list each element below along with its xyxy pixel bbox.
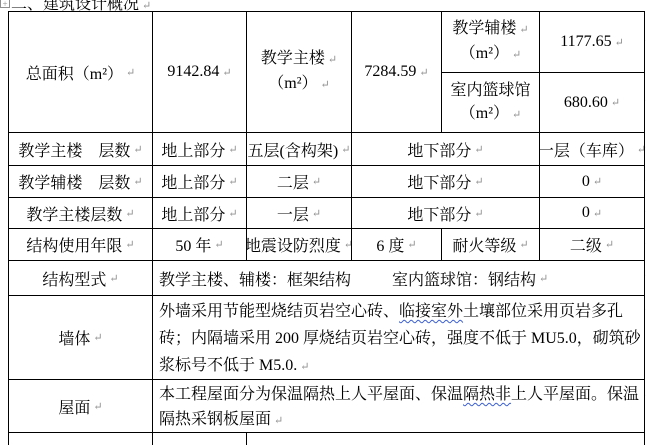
- end-of-cell-mark: ↵: [474, 207, 483, 220]
- structure-type-gym: 室内篮球馆：钢结构: [392, 267, 536, 290]
- below-ground-value: 一层（车库）: [540, 138, 634, 161]
- end-of-cell-mark: ↵: [93, 400, 102, 413]
- wall-text-line1: 外墙采用节能型烧结页岩空心砖、临接室外土壤部位采用页岩多孔: [159, 298, 641, 325]
- end-of-cell-mark: ↵: [222, 66, 231, 79]
- fire-rating-value: 二级: [570, 233, 602, 256]
- main-floors-label-cell[interactable]: 教学主楼 层数↵: [9, 133, 153, 166]
- gym-floors-above-label-cell[interactable]: 地上部分↵: [153, 198, 247, 229]
- below-ground-value: 0: [582, 204, 590, 222]
- aux-floors-above-value-cell[interactable]: 二层↵: [247, 166, 352, 198]
- end-of-cell-mark: ↵: [228, 207, 237, 220]
- below-ground-value: 0: [582, 173, 590, 191]
- gym-area-unit: （m²）: [460, 105, 509, 122]
- main-floors-above-value-cell[interactable]: 五层(含构架)↵: [247, 133, 352, 166]
- end-of-cell-mark: ↵: [300, 361, 309, 373]
- end-of-cell-mark: ↵: [474, 175, 483, 188]
- gym-area-label: 室内篮球馆: [450, 82, 530, 99]
- above-ground-label: 地上部分: [161, 170, 225, 193]
- gym-floors-below-value-cell[interactable]: 0↵: [540, 198, 645, 229]
- table-move-handle-icon[interactable]: +: [0, 0, 10, 8]
- end-of-cell-mark: ↵: [228, 143, 237, 156]
- end-of-cell-mark: ↵: [274, 415, 283, 427]
- main-building-area-unit: （m²）: [268, 75, 317, 92]
- end-of-cell-mark: ↵: [611, 96, 620, 109]
- end-of-cell-mark: ↵: [341, 143, 350, 156]
- main-building-area-label-cell[interactable]: 教学主楼↵ （m²）↵: [247, 12, 352, 133]
- aux-floors-label-cell[interactable]: 教学辅楼 层数↵: [9, 166, 153, 198]
- main-floors-below-value-cell[interactable]: 一层（车库）↵: [540, 133, 645, 166]
- seismic-value-cell[interactable]: 6 度↵: [352, 229, 442, 261]
- building-design-table: 总面积（m²）↵ 9142.84↵ 教学主楼↵ （m²）↵ 7284.59↵ 教…: [8, 11, 645, 445]
- seismic-value: 6 度: [376, 233, 404, 256]
- seismic-label: 地震设防烈度: [247, 233, 341, 256]
- end-of-cell-mark: ↵: [133, 143, 142, 156]
- end-of-cell-mark: ↵: [93, 331, 102, 344]
- structure-type-main: 教学主楼、辅楼：框架结构: [159, 267, 351, 290]
- end-of-cell-mark: ↵: [312, 207, 321, 220]
- main-building-area-value: 7284.59: [364, 63, 416, 81]
- roof-text-line2: 隔热采钢板屋面↵: [159, 407, 639, 433]
- gym-area-value: 680.60: [564, 94, 608, 112]
- end-of-cell-mark: ↵: [593, 207, 602, 220]
- end-of-cell-mark: ↵: [605, 238, 614, 251]
- above-ground-value: 五层(含构架): [248, 138, 339, 161]
- wall-label: 墙体: [58, 326, 90, 349]
- wall-text-cell[interactable]: 外墙采用节能型烧结页岩空心砖、临接室外土壤部位采用页岩多孔 砖；内隔墙采用 20…: [153, 296, 645, 380]
- total-area-value: 9142.84: [167, 63, 219, 81]
- end-of-cell-mark: ↵: [519, 238, 528, 251]
- structure-type-value-cell[interactable]: 教学主楼、辅楼：框架结构室内篮球馆：钢结构↵: [153, 261, 645, 296]
- structure-type-label-cell[interactable]: 结构型式↵: [9, 261, 153, 296]
- end-of-cell-mark: ↵: [344, 238, 352, 251]
- seismic-label-cell[interactable]: 地震设防烈度↵: [247, 229, 352, 261]
- roof-label: 屋面: [58, 395, 90, 418]
- end-of-cell-mark: ↵: [615, 36, 624, 49]
- aux-building-area-unit: （m²）: [460, 45, 509, 62]
- end-of-cell-mark: ↵: [125, 238, 134, 251]
- end-of-cell-mark: ↵: [512, 49, 521, 61]
- end-of-cell-mark: ↵: [228, 175, 237, 188]
- end-of-cell-mark: ↵: [419, 66, 428, 79]
- gym-area-label-cell[interactable]: 室内篮球馆 （m²）↵: [442, 73, 540, 133]
- aux-floors-below-label-cell[interactable]: 地下部分↵: [352, 166, 540, 198]
- service-life-label-cell[interactable]: 结构使用年限↵: [9, 229, 153, 261]
- total-area-label-cell[interactable]: 总面积（m²）↵: [9, 12, 153, 133]
- end-of-cell-mark: ↵: [321, 79, 330, 91]
- service-life-value-cell[interactable]: 50 年↵: [153, 229, 247, 261]
- end-of-cell-mark: ↵: [133, 175, 142, 188]
- wall-label-cell[interactable]: 墙体↵: [9, 296, 153, 380]
- aux-floors-label: 教学辅楼 层数: [18, 170, 130, 193]
- end-of-cell-mark: ↵: [474, 143, 483, 156]
- aux-building-area-label-cell[interactable]: 教学辅楼↵ （m²）↵: [442, 12, 540, 73]
- aux-building-area-value: 1177.65: [560, 33, 611, 51]
- next-row-cell-3[interactable]: [247, 433, 645, 445]
- aux-building-area-value-cell[interactable]: 1177.65↵: [540, 12, 645, 73]
- fire-rating-value-cell[interactable]: 二级↵: [540, 229, 645, 261]
- end-of-cell-mark: ↵: [539, 272, 548, 285]
- next-row-cell-2[interactable]: [153, 433, 247, 445]
- next-row-cell-1[interactable]: [9, 433, 153, 445]
- main-floors-label: 教学主楼 层数: [18, 138, 130, 161]
- spellcheck-squiggle: 临接室外: [399, 303, 463, 320]
- total-area-label: 总面积（m²）: [26, 61, 123, 84]
- roof-text-line1: 本工程屋面分为保温隔热上人平屋面、保温隔热非上人平屋面。保温: [159, 382, 639, 407]
- above-ground-label: 地上部分: [161, 202, 225, 225]
- gym-floors-label: 教学主楼层数: [26, 202, 122, 225]
- end-of-cell-mark: ↵: [407, 238, 416, 251]
- end-of-line-mark: ↵: [519, 24, 528, 36]
- service-life-label: 结构使用年限: [26, 233, 122, 256]
- spellcheck-squiggle: 隔热非: [463, 386, 511, 403]
- end-of-cell-mark: ↵: [312, 175, 321, 188]
- end-of-line-mark: ↵: [328, 54, 337, 66]
- wall-text-line3: 浆标号不低于 M5.0.↵: [159, 352, 641, 380]
- main-building-area-label: 教学主楼: [261, 50, 325, 67]
- main-building-area-value-cell[interactable]: 7284.59↵: [352, 12, 442, 133]
- gym-floors-label-cell[interactable]: 教学主楼层数↵: [9, 198, 153, 229]
- above-ground-label: 地上部分: [161, 138, 225, 161]
- main-floors-above-label-cell[interactable]: 地上部分↵: [153, 133, 247, 166]
- roof-label-cell[interactable]: 屋面↵: [9, 380, 153, 433]
- wall-text-line2: 砖；内隔墙采用 200 厚烧结页岩空心砖，强度不低于 MU5.0，砌筑砂: [159, 325, 641, 352]
- below-ground-label: 地下部分: [407, 170, 471, 193]
- total-area-value-cell[interactable]: 9142.84↵: [153, 12, 247, 133]
- end-of-cell-mark: ↵: [126, 66, 135, 79]
- main-floors-below-label-cell[interactable]: 地下部分↵: [352, 133, 540, 166]
- aux-floors-above-label-cell[interactable]: 地上部分↵: [153, 166, 247, 198]
- end-of-cell-mark: ↵: [125, 207, 134, 220]
- end-of-cell-mark: ↵: [512, 109, 521, 121]
- aux-floors-below-value-cell[interactable]: 0↵: [540, 166, 645, 198]
- fire-rating-label-cell[interactable]: 耐火等级↵: [442, 229, 540, 261]
- end-of-cell-mark: ↵: [214, 238, 223, 251]
- structure-type-label: 结构型式: [42, 267, 106, 290]
- below-ground-label: 地下部分: [407, 202, 471, 225]
- end-of-cell-mark: ↵: [593, 175, 602, 188]
- roof-text-cell[interactable]: 本工程屋面分为保温隔热上人平屋面、保温隔热非上人平屋面。保温 隔热采钢板屋面↵: [153, 380, 645, 433]
- gym-floors-below-label-cell[interactable]: 地下部分↵: [352, 198, 540, 229]
- fire-rating-label: 耐火等级: [452, 233, 516, 256]
- service-life-value: 50 年: [175, 233, 211, 256]
- gym-area-value-cell[interactable]: 680.60↵: [540, 73, 645, 133]
- above-ground-value: 一层: [277, 202, 309, 225]
- below-ground-label: 地下部分: [407, 138, 471, 161]
- gym-floors-above-value-cell[interactable]: 一层↵: [247, 198, 352, 229]
- end-of-cell-mark: ↵: [109, 272, 118, 285]
- aux-building-area-label: 教学辅楼: [452, 20, 516, 37]
- above-ground-value: 二层: [277, 170, 309, 193]
